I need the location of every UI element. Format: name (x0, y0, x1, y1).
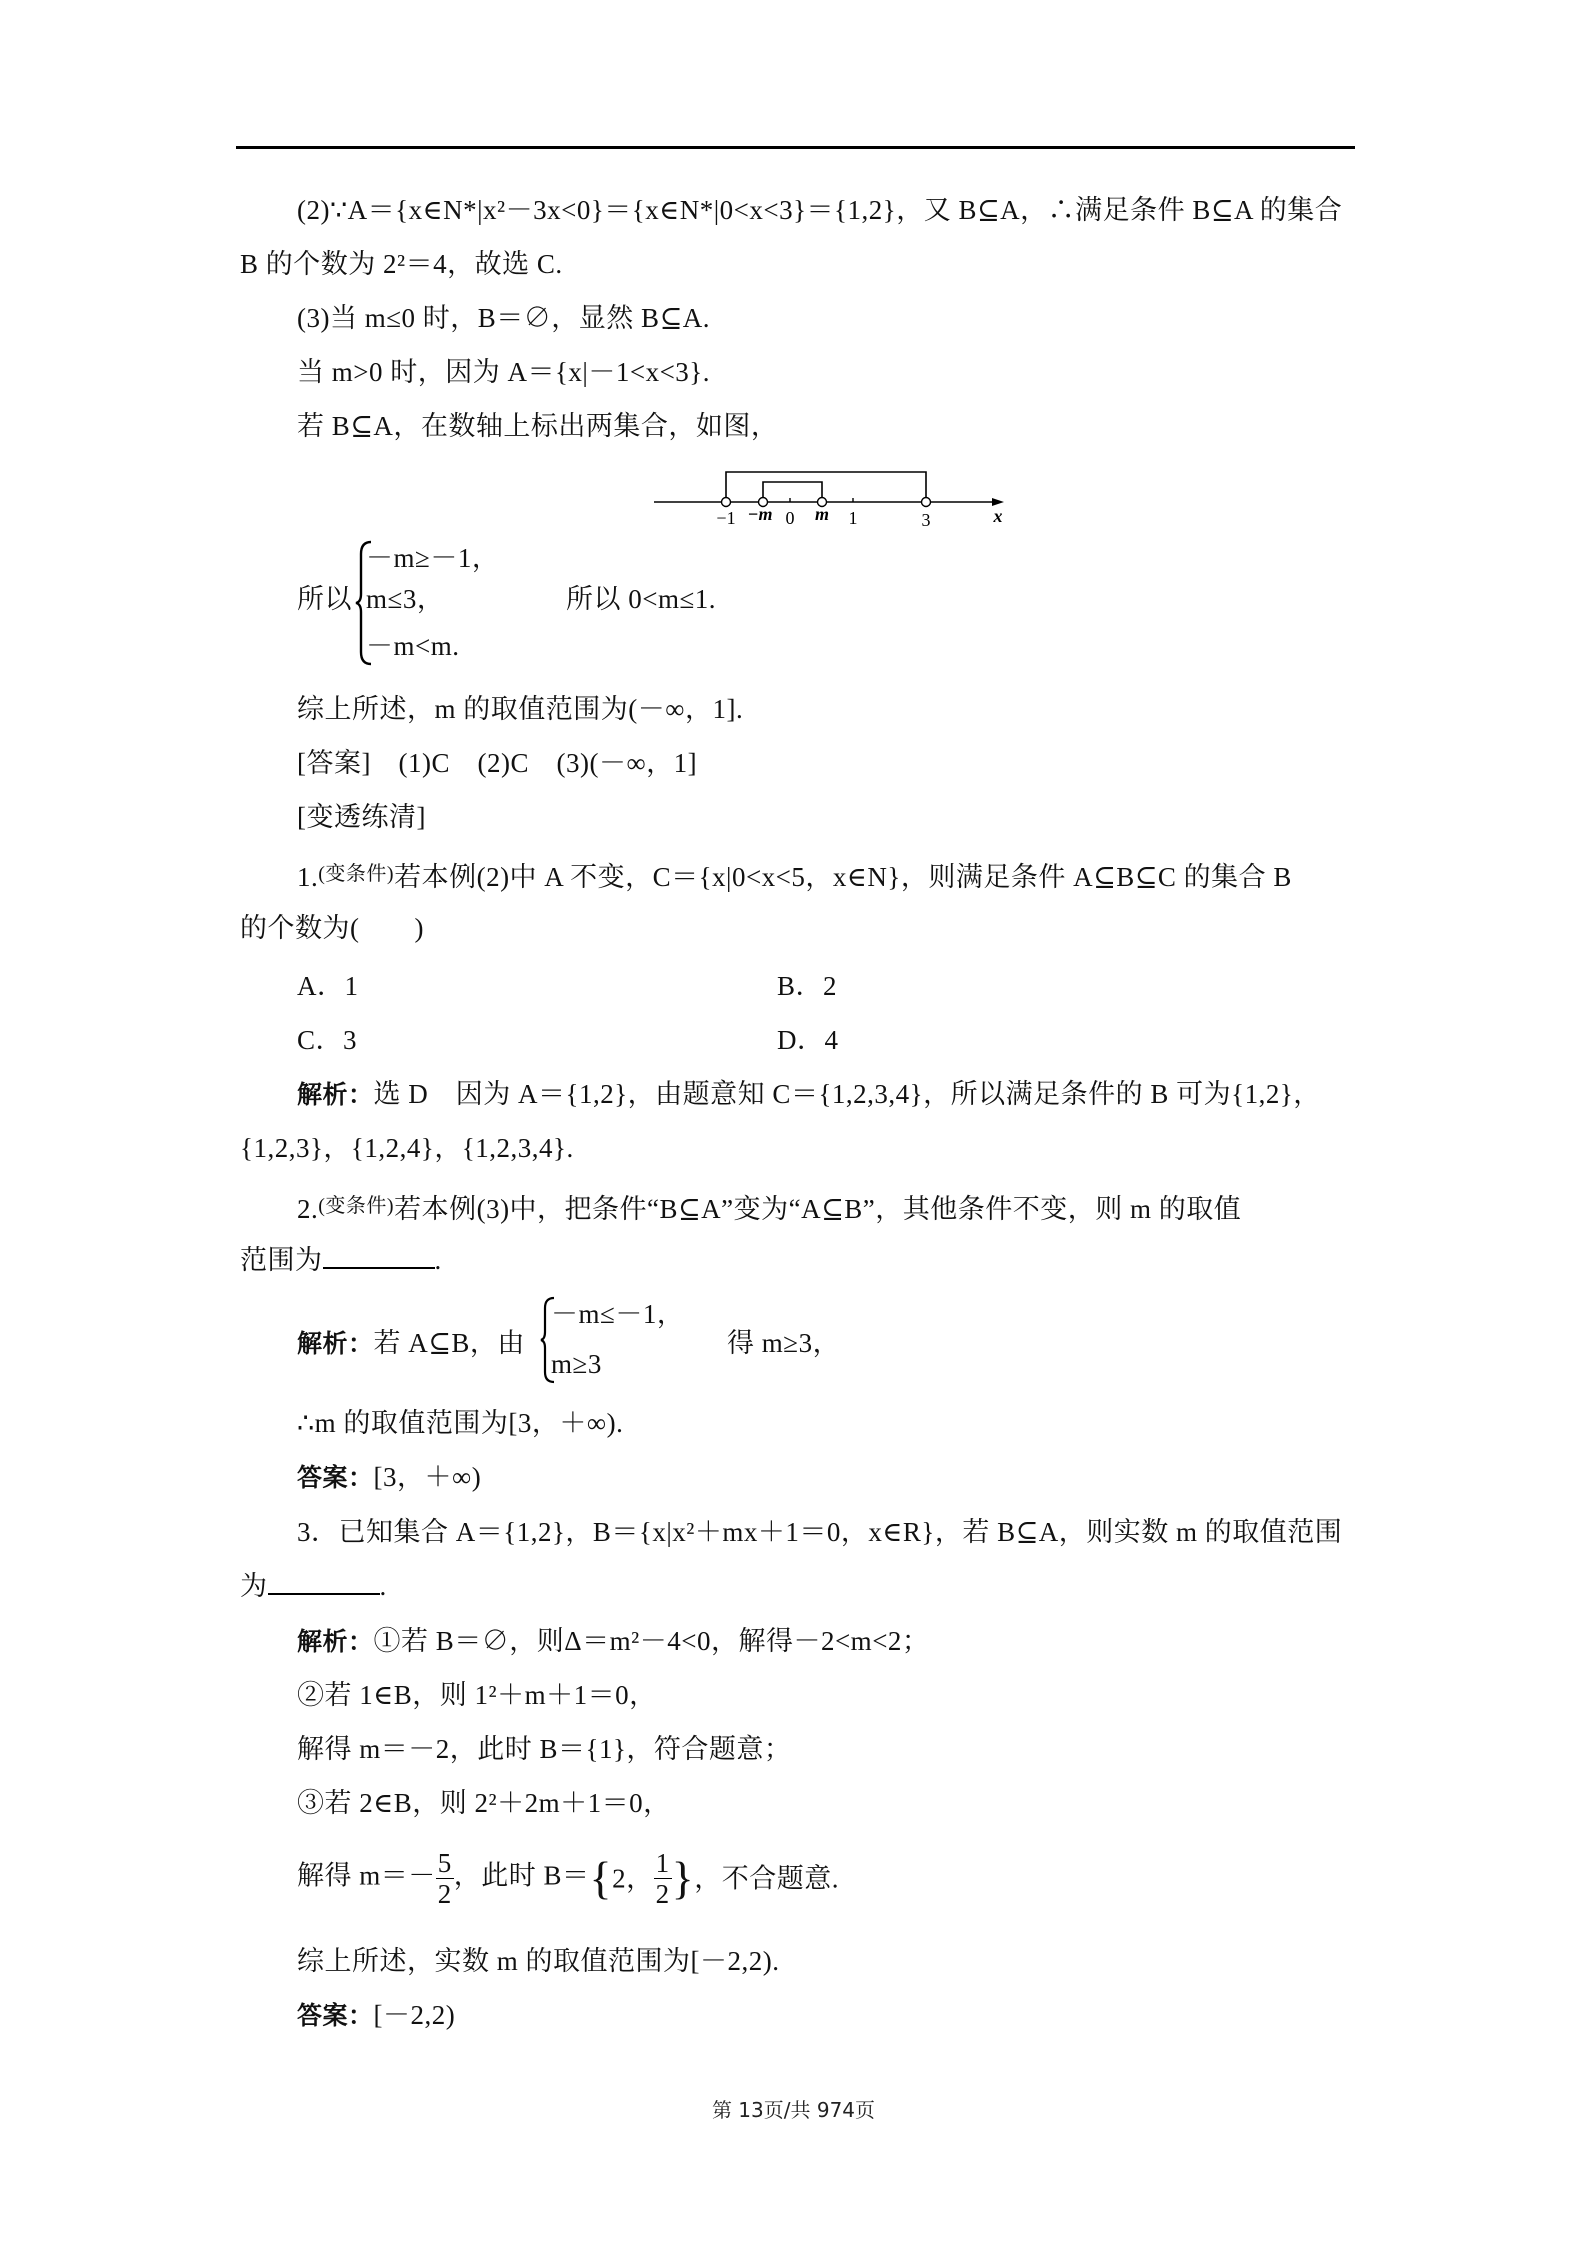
left-brace-icon: { (590, 1853, 613, 1904)
svg-text:x: x (993, 506, 1003, 526)
exercise-2-line-1: 2.(变条件)若本例(3)中，把条件“B⊆A”变为“A⊆B”，其他条件不变，则 … (297, 1189, 1241, 1226)
solution-3-line-3: 若 B⊆A，在数轴上标出两集合，如图， (297, 409, 778, 443)
exercise-3-line-2: 为. (240, 1569, 387, 1603)
analysis-label: 解析： (297, 1627, 374, 1656)
exercise-2-question-end: 范围为 (240, 1245, 323, 1275)
system-row-2: m≤3， (366, 582, 444, 616)
exercise-3-step-3: ③若 2∈B，则 2²＋2m＋1＝0， (297, 1786, 671, 1820)
exercise-1-analysis-line-2: {1,2,3}，{1,2,4}，{1,2,3,4}. (240, 1131, 574, 1165)
exercise-1-line-1: 1.(变条件)若本例(2)中 A 不变，C＝{x|0<x<5，x∈N}，则满足条… (297, 857, 1292, 894)
option-d[interactable]: D．4 (777, 1023, 839, 1057)
system2-result: 得 m≥3， (727, 1326, 840, 1360)
answer-label: 答案： (297, 1463, 374, 1492)
analysis-prefix: 若 A⊆B，由 (374, 1328, 525, 1358)
analysis-label: 解析： (297, 1080, 374, 1109)
solution-2-line-1: (2)∵A＝{x∈N*|x²－3x<0}＝{x∈N*|0<x<3}＝{1,2}，… (297, 193, 1342, 227)
page-footer: 第 13页/共 974页 (0, 2094, 1587, 2123)
answer-blank[interactable] (268, 1569, 380, 1595)
system2-row-1: －m≤－1， (551, 1297, 684, 1331)
solution-2-line-2: B 的个数为 2²＝4，故选 C. (240, 247, 563, 281)
svg-text:−m: −m (748, 504, 773, 524)
system2-row-2: m≥3 (551, 1347, 602, 1381)
analysis-label: 解析： (297, 1329, 374, 1358)
answer-line: [答案] (1)C (2)C (3)(－∞，1] (297, 746, 697, 780)
exercise-3-step-2b: 解得 m＝－2，此时 B＝{1}，符合题意； (297, 1732, 791, 1766)
right-brace-icon: } (672, 1853, 695, 1904)
solution-3-line-1: (3)当 m≤0 时，B＝∅，显然 B⊆A. (297, 301, 710, 335)
header-rule (236, 146, 1355, 149)
system-row-1: －m≥－1， (366, 541, 499, 575)
step-3b-suffix: ，不合题意. (694, 1864, 839, 1894)
system-result: 所以 0<m≤1. (566, 582, 716, 616)
step-3b-mid: ，此时 B＝ (454, 1861, 590, 1891)
option-b[interactable]: B．2 (777, 969, 837, 1003)
exercise-3-step-2: ②若 1∈B，则 1²＋m＋1＝0， (297, 1678, 657, 1712)
exercise-2-question: 若本例(3)中，把条件“B⊆A”变为“A⊆B”，其他条件不变，则 m 的取值 (394, 1194, 1241, 1224)
exercise-3-line-1: 3．已知集合 A＝{1,2}，B＝{x|x²＋mx＋1＝0，x∈R}，若 B⊆A… (297, 1515, 1342, 1549)
exercise-2-tag: (变条件) (318, 1195, 394, 1217)
exercise-2-number: 2. (297, 1194, 318, 1224)
frac-num: 1 (654, 1848, 672, 1879)
exercise-1-question: 若本例(2)中 A 不变，C＝{x|0<x<5，x∈N}，则满足条件 A⊆B⊆C… (394, 862, 1292, 892)
exercise-3-summary: 综上所述，实数 m 的取值范围为[－2,2). (297, 1944, 779, 1978)
set-element-2: 2， (612, 1864, 654, 1894)
answer-label: 答案： (297, 2001, 374, 2030)
system-row-3: －m<m. (366, 629, 459, 663)
number-line-figure: −1 −m 0 m 1 3 x (648, 460, 1018, 530)
section-title: [变透练清] (297, 800, 426, 834)
analysis-text: 选 D 因为 A＝{1,2}，由题意知 C＝{1,2,3,4}，所以满足条件的 … (374, 1079, 1321, 1109)
exercise-2-line-2: 范围为. (240, 1243, 442, 1277)
fraction-one-half: 12 (654, 1848, 672, 1909)
exercise-1-number: 1. (297, 862, 318, 892)
label-minus-1: −1 (716, 508, 735, 528)
fraction-neg-five-halves: 52 (436, 1848, 454, 1909)
exercise-3-answer: 答案：[－2,2) (297, 1998, 455, 2033)
exercise-2-answer: 答案：[3，＋∞) (297, 1460, 481, 1495)
step-1: ①若 B＝∅，则Δ＝m²－4<0，解得－2<m<2； (374, 1626, 930, 1656)
svg-text:1: 1 (849, 508, 858, 528)
step-3b-prefix: 解得 m＝－ (297, 1861, 436, 1891)
svg-text:m: m (815, 504, 829, 524)
frac-den: 2 (654, 1879, 672, 1909)
svg-text:0: 0 (786, 508, 795, 528)
svg-text:3: 3 (922, 510, 931, 530)
exercise-1-tag: (变条件) (318, 863, 394, 885)
option-a[interactable]: A．1 (297, 969, 359, 1003)
option-c[interactable]: C．3 (297, 1023, 357, 1057)
solution-3-line-2: 当 m>0 时，因为 A＝{x|－1<x<3}. (297, 355, 710, 389)
frac-den: 2 (436, 1879, 454, 1909)
exercise-3-step-3b: 解得 m＝－52，此时 B＝{2，12}，不合题意. (297, 1848, 839, 1909)
frac-num: 5 (436, 1848, 454, 1879)
answer-value: [3，＋∞) (374, 1462, 482, 1492)
exercise-3-question-end: 为 (240, 1571, 268, 1601)
exercise-1-line-2: 的个数为( ) (240, 911, 424, 945)
system-prefix: 所以 (297, 582, 352, 616)
answer-blank[interactable] (323, 1243, 435, 1269)
exercise-1-analysis: 解析：选 D 因为 A＝{1,2}，由题意知 C＝{1,2,3,4}，所以满足条… (297, 1077, 1321, 1112)
exercise-2-conclusion: ∴m 的取值范围为[3，＋∞). (297, 1406, 623, 1440)
exercise-2-analysis: 解析：若 A⊆B，由 (297, 1326, 525, 1361)
solution-3-summary: 综上所述，m 的取值范围为(－∞，1]. (297, 692, 743, 726)
exercise-3-step-1: 解析：①若 B＝∅，则Δ＝m²－4<0，解得－2<m<2； (297, 1624, 929, 1659)
answer-value: [－2,2) (374, 2000, 456, 2030)
